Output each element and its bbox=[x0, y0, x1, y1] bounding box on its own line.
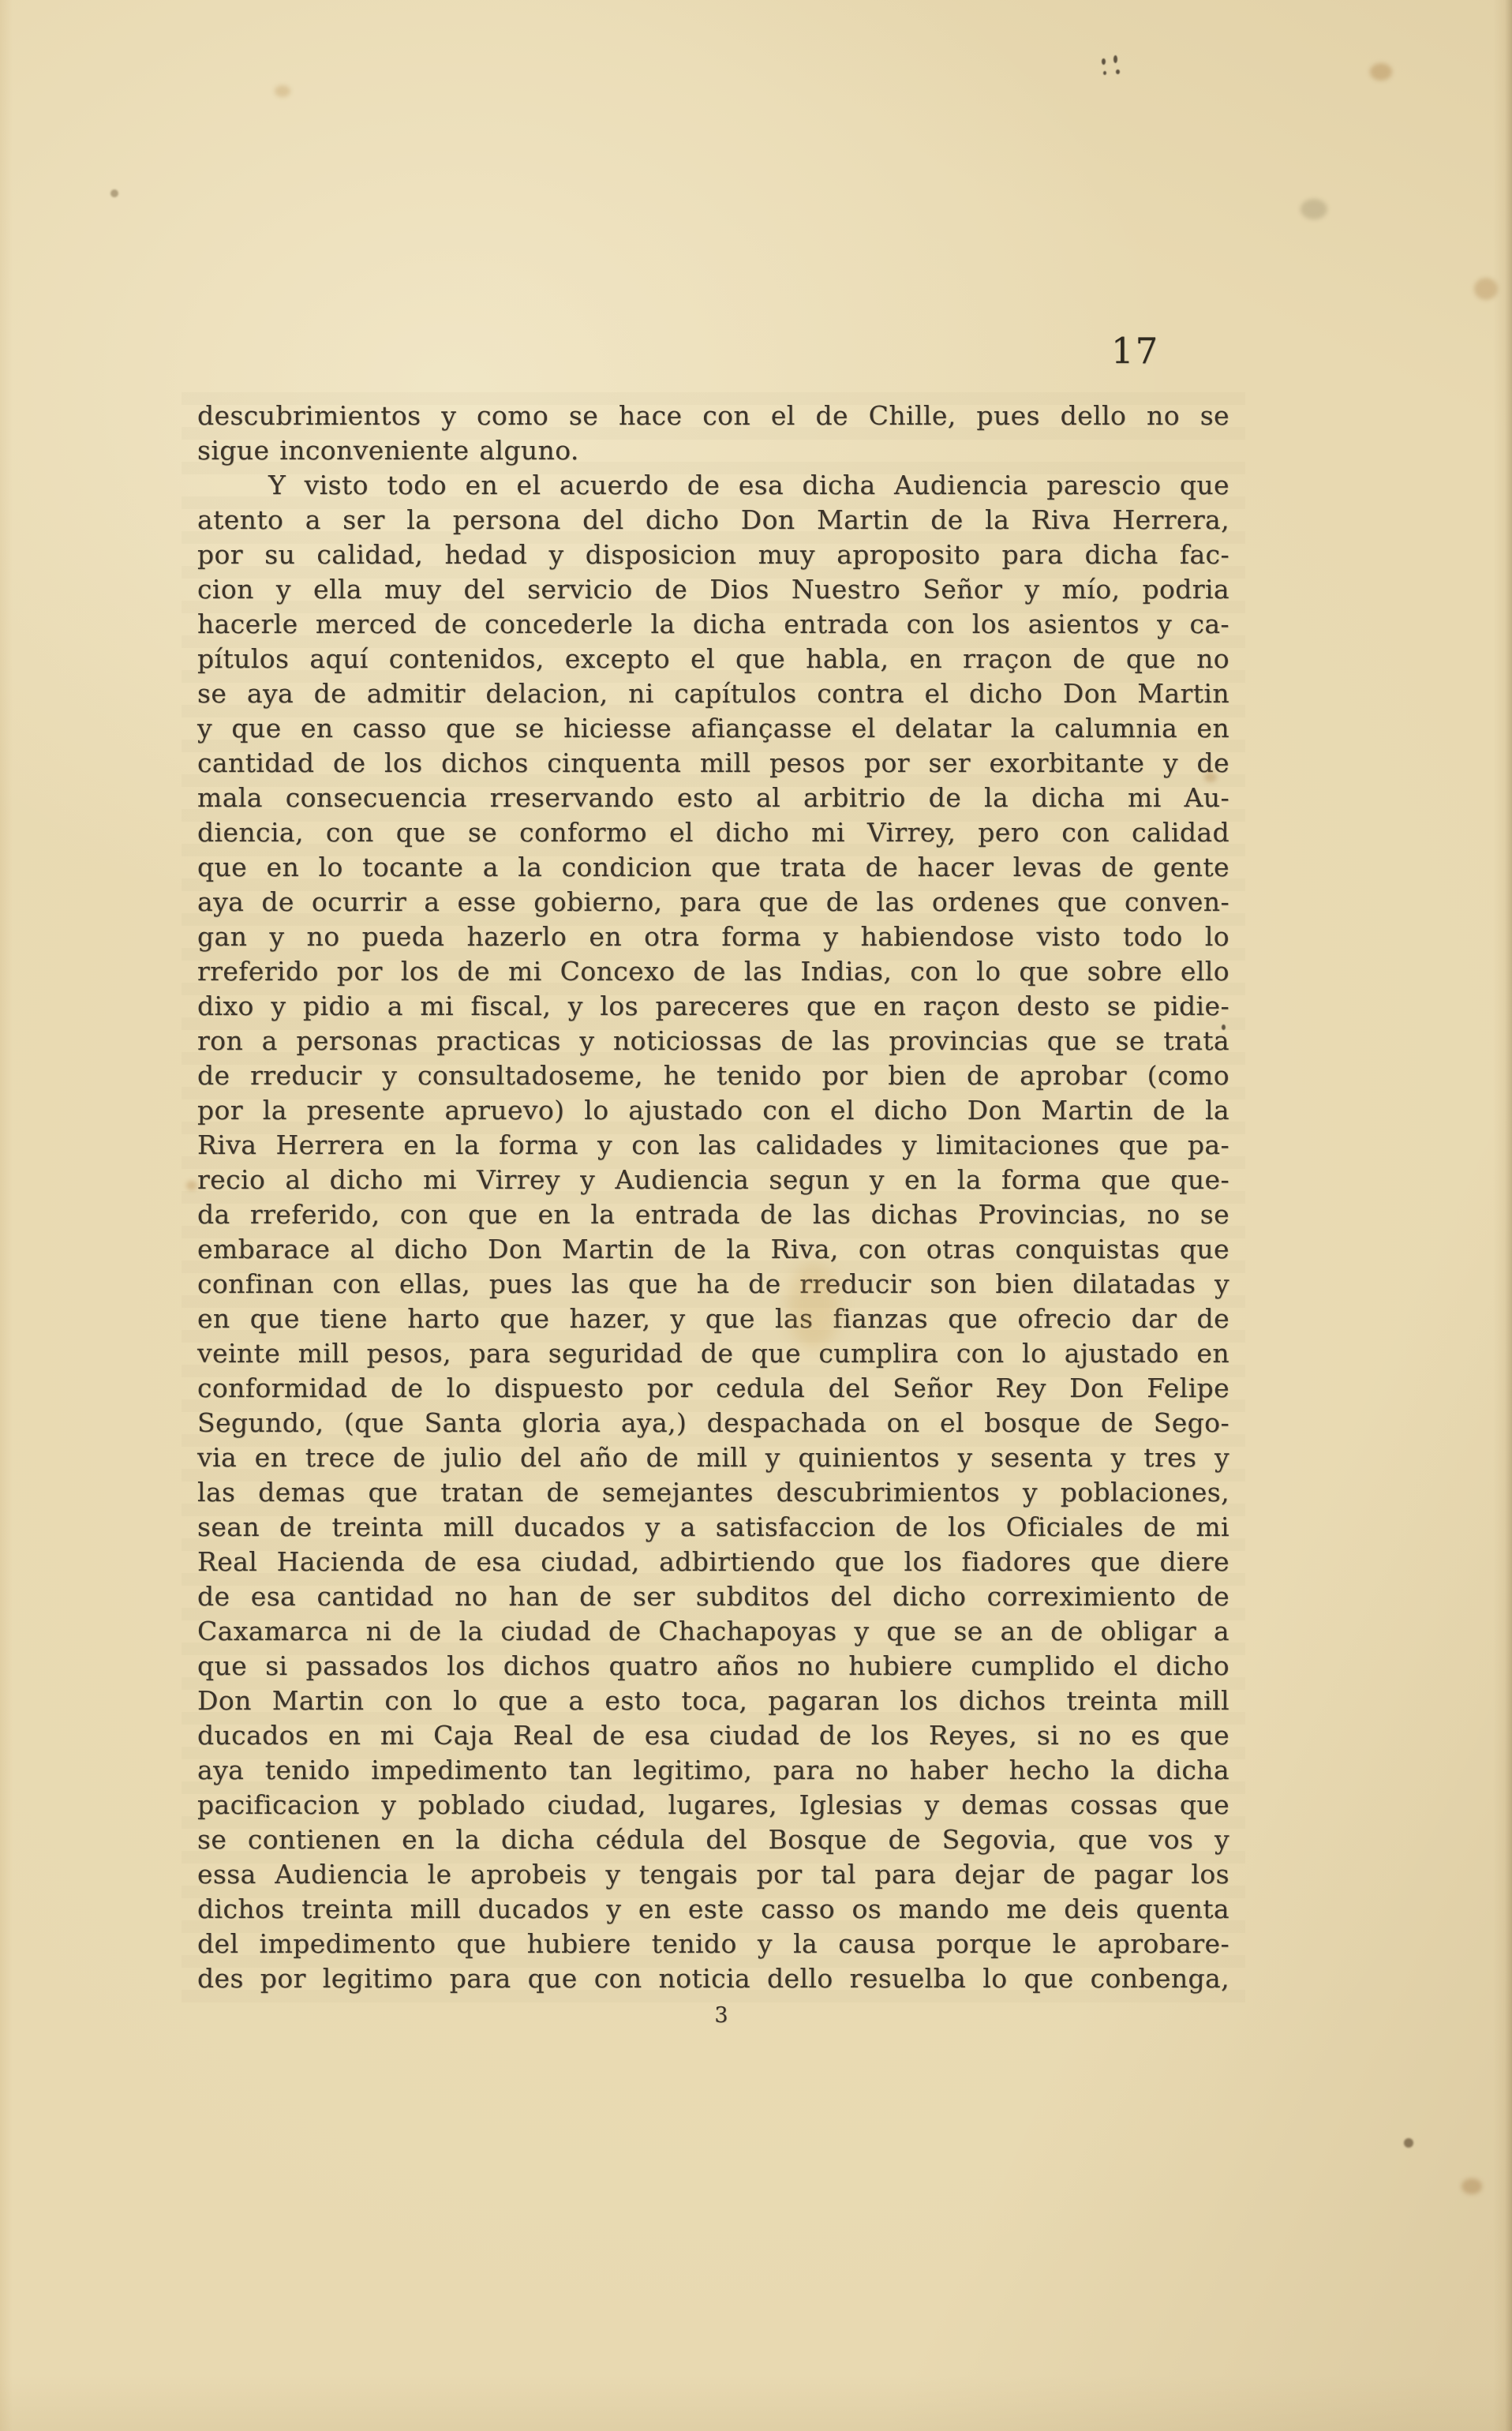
text-line: que si passados los dichos quatro años n… bbox=[197, 1649, 1229, 1684]
text-line: Segundo, (que Santa gloria aya,) despach… bbox=[197, 1406, 1229, 1440]
text-line: rreferido por los de mi Concexo de las I… bbox=[197, 954, 1229, 989]
text-line: atento a ser la persona del dicho Don Ma… bbox=[197, 503, 1229, 538]
foxing-spot bbox=[1301, 199, 1327, 219]
text-line: y que en casso que se hiciesse afiançass… bbox=[197, 711, 1229, 746]
text-line: des por legitimo para que con noticia de… bbox=[197, 1961, 1229, 1996]
text-line: Real Hacienda de esa ciudad, adbirtiendo… bbox=[197, 1545, 1229, 1579]
text-line: de esa cantidad no han de ser subditos d… bbox=[197, 1579, 1229, 1614]
text-line: ducados en mi Caja Real de esa ciudad de… bbox=[197, 1718, 1229, 1753]
text-line: se contienen en la dicha cédula del Bosq… bbox=[197, 1822, 1229, 1857]
text-line: conformidad de lo dispuesto por cedula d… bbox=[197, 1371, 1229, 1406]
scanned-page: 17 descubrimientos y como se hace con el… bbox=[0, 0, 1512, 2431]
text-block: descubrimientos y como se hace con el de… bbox=[197, 399, 1229, 1996]
text-line: cantidad de los dichos cinquenta mill pe… bbox=[197, 746, 1229, 781]
text-line: por la presente apruevo) lo ajustado con… bbox=[197, 1093, 1229, 1128]
text-line: las demas que tratan de semejantes descu… bbox=[197, 1475, 1229, 1510]
text-line: dixo y pidio a mi fiscal, y los parecere… bbox=[197, 989, 1229, 1024]
text-line: pacificacion y poblado ciudad, lugares, … bbox=[197, 1788, 1229, 1822]
text-line: via en trece de julio del año de mill y … bbox=[197, 1440, 1229, 1475]
text-line: descubrimientos y como se hace con el de… bbox=[197, 399, 1229, 433]
foxing-spot bbox=[1461, 2178, 1482, 2194]
text-line: del impedimento que hubiere tenido y la … bbox=[197, 1927, 1229, 1961]
text-line: que en lo tocante a la condicion que tra… bbox=[197, 850, 1229, 885]
foxing-spot bbox=[1474, 278, 1498, 300]
text-line: Riva Herrera en la forma y con las calid… bbox=[197, 1128, 1229, 1163]
text-line: veinte mill pesos, para seguridad de que… bbox=[197, 1336, 1229, 1371]
text-line: pítulos aquí contenidos, excepto el que … bbox=[197, 642, 1229, 676]
text-line: se aya de admitir delacion, ni capítulos… bbox=[197, 676, 1229, 711]
foxing-spot bbox=[275, 85, 290, 97]
text-line: da rreferido, con que en la entrada de l… bbox=[197, 1197, 1229, 1232]
text-line: en que tiene harto que hazer, y que las … bbox=[197, 1302, 1229, 1336]
text-line: sean de treinta mill ducados y a satisfa… bbox=[197, 1510, 1229, 1545]
foxing-spot bbox=[1370, 63, 1392, 81]
foxing-spot bbox=[1404, 2138, 1413, 2148]
text-line: confinan con ellas, pues las que ha de r… bbox=[197, 1267, 1229, 1302]
text-line: Caxamarca ni de la ciudad de Chachapoyas… bbox=[197, 1614, 1229, 1649]
text-line: diencia, con que se conformo el dicho mi… bbox=[197, 815, 1229, 850]
text-line: sigue inconveniente alguno. bbox=[197, 433, 1229, 468]
text-line: hacerle merced de concederle la dicha en… bbox=[197, 607, 1229, 642]
text-line: essa Audiencia le aprobeis y tengais por… bbox=[197, 1857, 1229, 1892]
text-line: aya de ocurrir a esse gobierno, para que… bbox=[197, 885, 1229, 920]
ink-speck bbox=[1116, 69, 1120, 74]
text-line: mala consecuencia rreservando esto al ar… bbox=[197, 781, 1229, 815]
text-line: cion y ella muy del servicio de Dios Nue… bbox=[197, 572, 1229, 607]
text-line: de rreducir y consultadoseme, he tenido … bbox=[197, 1058, 1229, 1093]
text-line: Don Martin con lo que a esto toca, pagar… bbox=[197, 1684, 1229, 1718]
foxing-spot bbox=[110, 189, 118, 197]
text-line: recio al dicho mi Virrey y Audiencia seg… bbox=[197, 1163, 1229, 1197]
text-line: aya tenido impedimento tan legitimo, par… bbox=[197, 1753, 1229, 1788]
text-line: gan y no pueda hazerlo en otra forma y h… bbox=[197, 920, 1229, 954]
text-line: embarace al dicho Don Martin de la Riva,… bbox=[197, 1232, 1229, 1267]
text-line: ron a personas practicas y noticiossas d… bbox=[197, 1024, 1229, 1058]
text-line: Y visto todo en el acuerdo de esa dicha … bbox=[197, 468, 1229, 503]
text-line: dichos treinta mill ducados y en este ca… bbox=[197, 1892, 1229, 1927]
text-line: por su calidad, hedad y disposicion muy … bbox=[197, 538, 1229, 572]
foxing-spot bbox=[186, 1181, 197, 1190]
ink-speck bbox=[1113, 55, 1117, 63]
page-number: 17 bbox=[1111, 330, 1159, 372]
signature-mark: 3 bbox=[698, 2003, 745, 2028]
ink-speck bbox=[1103, 71, 1106, 75]
ink-speck bbox=[1102, 58, 1106, 65]
